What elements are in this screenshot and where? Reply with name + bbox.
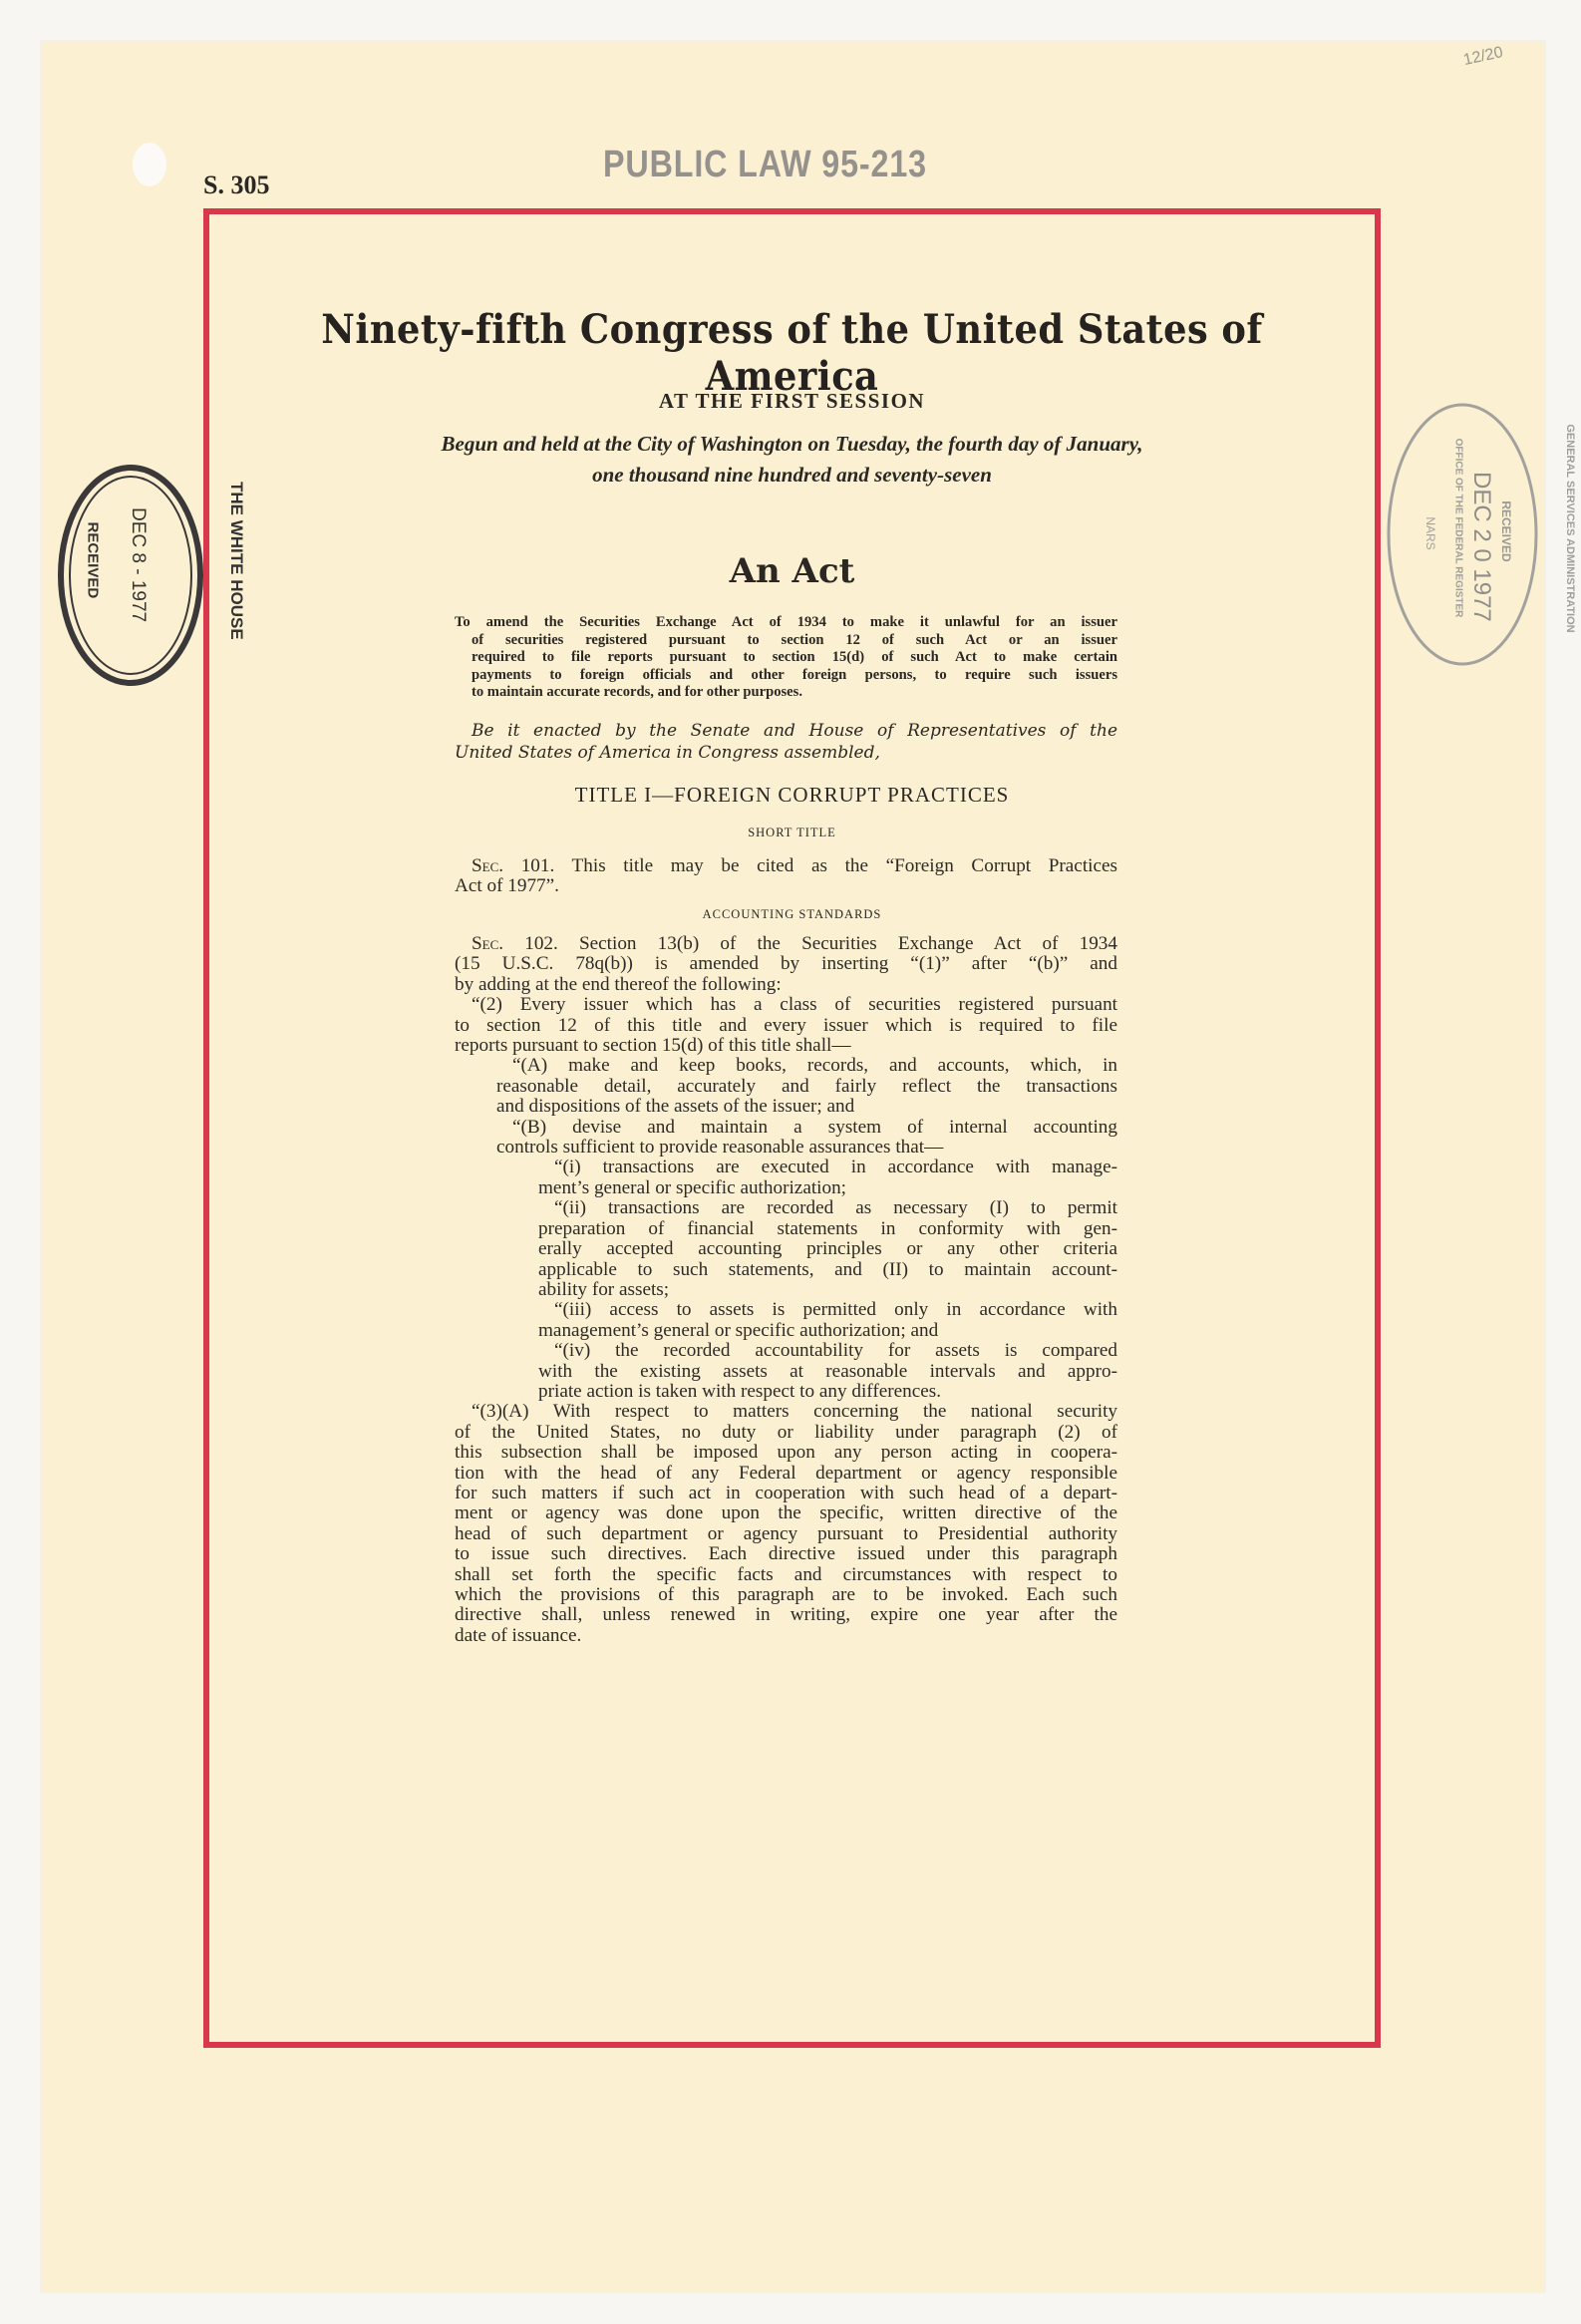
enacting-line: United States of America in Congress ass… <box>455 742 1117 764</box>
summary-line: required to file reports pursuant to sec… <box>455 649 1117 667</box>
section-102-line: date of issuance. <box>455 1626 1117 1646</box>
section-text: by adding at the end thereof the followi… <box>455 974 782 995</box>
section-102-line: reasonable detail, accurately and fairly… <box>455 1077 1117 1097</box>
section-text: reasonable detail, accurately and fairly… <box>496 1076 1117 1097</box>
section-text: directive shall, unless renewed in writi… <box>455 1604 1117 1625</box>
section-102-line: priate action is taken with respect to a… <box>455 1382 1117 1402</box>
section-102-line: “(B) devise and maintain a system of int… <box>455 1118 1117 1138</box>
section-102-line: with the existing assets at reasonable i… <box>455 1362 1117 1382</box>
section-label: Sec. 101. <box>472 855 554 876</box>
section-text: with the existing assets at reasonable i… <box>538 1361 1117 1382</box>
nars-received-stamp: GENERAL SERVICES ADMINISTRATION RECEIVED… <box>1379 399 1540 670</box>
bill-number: S. 305 <box>203 170 269 200</box>
section-text: “(2) Every issuer which has a class of s… <box>472 994 1117 1015</box>
stamp-date: DEC 2 0 1977 <box>1467 472 1495 601</box>
section-102-line: ment’s general or specific authorization… <box>455 1178 1117 1198</box>
section-102-line: “(ii) transactions are recorded as neces… <box>455 1198 1117 1218</box>
section-102-line: by adding at the end thereof the followi… <box>455 975 1117 995</box>
stamp-received-label: RECEIVED <box>1499 482 1513 581</box>
section-text: “(iii) access to assets is permitted onl… <box>554 1299 1117 1320</box>
section-102-line: preparation of financial statements in c… <box>455 1219 1117 1239</box>
session-date-line: one thousand nine hundred and seventy-se… <box>203 460 1381 491</box>
session-date-line: Begun and held at the City of Washington… <box>203 429 1381 460</box>
section-102-line: management’s general or specific authori… <box>455 1321 1117 1341</box>
section-text: (15 U.S.C. 78q(b)) is amended by inserti… <box>455 953 1117 974</box>
stamp-date: DEC 8 - 1977 <box>127 507 149 637</box>
section-101-line: Sec. 101. This title may be cited as the… <box>455 856 1117 876</box>
summary-line: payments to foreign officials and other … <box>455 667 1117 685</box>
section-text: erally accepted accounting principles or… <box>538 1238 1117 1259</box>
section-text: ment or agency was done upon the specifi… <box>455 1502 1117 1523</box>
section-text: “(A) make and keep books, records, and a… <box>512 1055 1117 1076</box>
section-text: Section 13(b) of the Securities Exchange… <box>558 933 1117 954</box>
section-text: for such matters if such act in cooperat… <box>455 1483 1117 1503</box>
section-102: Sec. 102. Section 13(b) of the Securitie… <box>455 934 1117 1646</box>
section-102-line: controls sufficient to provide reasonabl… <box>455 1138 1117 1158</box>
section-text: tion with the head of any Federal depart… <box>455 1463 1117 1484</box>
section-102-line: tion with the head of any Federal depart… <box>455 1464 1117 1484</box>
section-text: to section 12 of this title and every is… <box>455 1015 1117 1036</box>
stamp-received-label: RECEIVED <box>85 522 102 622</box>
section-text: “(iv) the recorded accountability for as… <box>554 1340 1117 1361</box>
section-102-line: Sec. 102. Section 13(b) of the Securitie… <box>455 934 1117 954</box>
session-heading: AT THE FIRST SESSION <box>203 389 1381 414</box>
public-law-stamp: PUBLIC LAW 95-213 <box>603 144 927 186</box>
section-102-line: reports pursuant to section 15(d) of thi… <box>455 1036 1117 1056</box>
white-house-received-stamp: THE WHITE HOUSE DEC 8 - 1977 RECEIVED <box>57 464 204 688</box>
act-summary: To amend the Securities Exchange Act of … <box>455 614 1117 702</box>
section-102-line: ability for assets; <box>455 1280 1117 1300</box>
section-text: preparation of financial statements in c… <box>538 1218 1117 1239</box>
section-text: which the provisions of this paragraph a… <box>455 1584 1117 1605</box>
section-102-line: “(2) Every issuer which has a class of s… <box>455 995 1117 1015</box>
section-text: date of issuance. <box>455 1625 581 1646</box>
section-101: Sec. 101. This title may be cited as the… <box>455 856 1117 897</box>
section-text: ability for assets; <box>538 1279 669 1300</box>
enacting-line: Be it enacted by the Senate and House of… <box>455 720 1117 742</box>
section-102-line: “(3)(A) With respect to matters concerni… <box>455 1402 1117 1422</box>
stamp-agency: NARS <box>1423 503 1437 563</box>
section-text: reports pursuant to section 15(d) of thi… <box>455 1035 851 1056</box>
session-date-text: Begun and held at the City of Washington… <box>203 429 1381 491</box>
section-text: shall set forth the specific facts and c… <box>455 1564 1117 1585</box>
section-text: “(3)(A) With respect to matters concerni… <box>472 1401 1117 1422</box>
section-102-line: for such matters if such act in cooperat… <box>455 1484 1117 1503</box>
section-text: This title may be cited as the “Foreign … <box>554 855 1117 876</box>
section-102-line: of the United States, no duty or liabili… <box>455 1423 1117 1443</box>
section-102-line: “(iv) the recorded accountability for as… <box>455 1341 1117 1361</box>
section-102-line: and dispositions of the assets of the is… <box>455 1097 1117 1117</box>
section-102-line: “(iii) access to assets is permitted onl… <box>455 1300 1117 1320</box>
act-heading: An Act <box>203 551 1381 591</box>
punch-hole <box>133 143 166 186</box>
section-text: head of such department or agency pursua… <box>455 1523 1117 1544</box>
section-text: “(ii) transactions are recorded as neces… <box>554 1197 1117 1218</box>
section-102-line: which the provisions of this paragraph a… <box>455 1585 1117 1605</box>
section-102-line: directive shall, unless renewed in writi… <box>455 1605 1117 1625</box>
section-102-line: this subsection shall be imposed upon an… <box>455 1443 1117 1463</box>
section-102-line: to issue such directives. Each directive… <box>455 1544 1117 1564</box>
section-101-line: Act of 1977”. <box>455 876 1117 896</box>
section-text: applicable to such statements, and (II) … <box>538 1259 1117 1280</box>
section-102-line: “(i) transactions are executed in accord… <box>455 1158 1117 1177</box>
title-heading: TITLE I—FOREIGN CORRUPT PRACTICES <box>203 783 1381 808</box>
section-text: and dispositions of the assets of the is… <box>496 1096 854 1117</box>
enacting-clause: Be it enacted by the Senate and House of… <box>455 720 1117 764</box>
section-102-line: shall set forth the specific facts and c… <box>455 1565 1117 1585</box>
section-text: management’s general or specific authori… <box>538 1320 938 1341</box>
section-text: to issue such directives. Each directive… <box>455 1543 1117 1564</box>
stamp-arc-top: GENERAL SERVICES ADMINISTRATION <box>1564 419 1576 638</box>
section-102-line: “(A) make and keep books, records, and a… <box>455 1056 1117 1076</box>
section-text: controls sufficient to provide reasonabl… <box>496 1137 943 1158</box>
section-102-line: applicable to such statements, and (II) … <box>455 1260 1117 1280</box>
section-text: “(i) transactions are executed in accord… <box>554 1157 1117 1177</box>
section-102-line: erally accepted accounting principles or… <box>455 1239 1117 1259</box>
accounting-standards-heading: ACCOUNTING STANDARDS <box>203 907 1381 922</box>
summary-line: to maintain accurate records, and for ot… <box>455 684 1117 702</box>
stamp-arc-bottom: OFFICE OF THE FEDERAL REGISTER <box>1453 429 1464 628</box>
section-text: “(B) devise and maintain a system of int… <box>512 1117 1117 1138</box>
summary-line: To amend the Securities Exchange Act of … <box>455 614 1117 632</box>
section-text: priate action is taken with respect to a… <box>538 1381 941 1402</box>
section-102-line: ment or agency was done upon the specifi… <box>455 1503 1117 1523</box>
congress-title: Ninety-fifth Congress of the United Stat… <box>250 306 1334 400</box>
section-text: of the United States, no duty or liabili… <box>455 1422 1117 1443</box>
section-text: this subsection shall be imposed upon an… <box>455 1442 1117 1463</box>
section-label: Sec. 102. <box>472 933 558 954</box>
section-102-line: head of such department or agency pursua… <box>455 1524 1117 1544</box>
summary-line: of securities registered pursuant to sec… <box>455 632 1117 650</box>
section-102-line: (15 U.S.C. 78q(b)) is amended by inserti… <box>455 954 1117 974</box>
section-text: ment’s general or specific authorization… <box>538 1177 846 1198</box>
section-102-line: to section 12 of this title and every is… <box>455 1016 1117 1036</box>
short-title-heading: SHORT TITLE <box>203 826 1381 840</box>
